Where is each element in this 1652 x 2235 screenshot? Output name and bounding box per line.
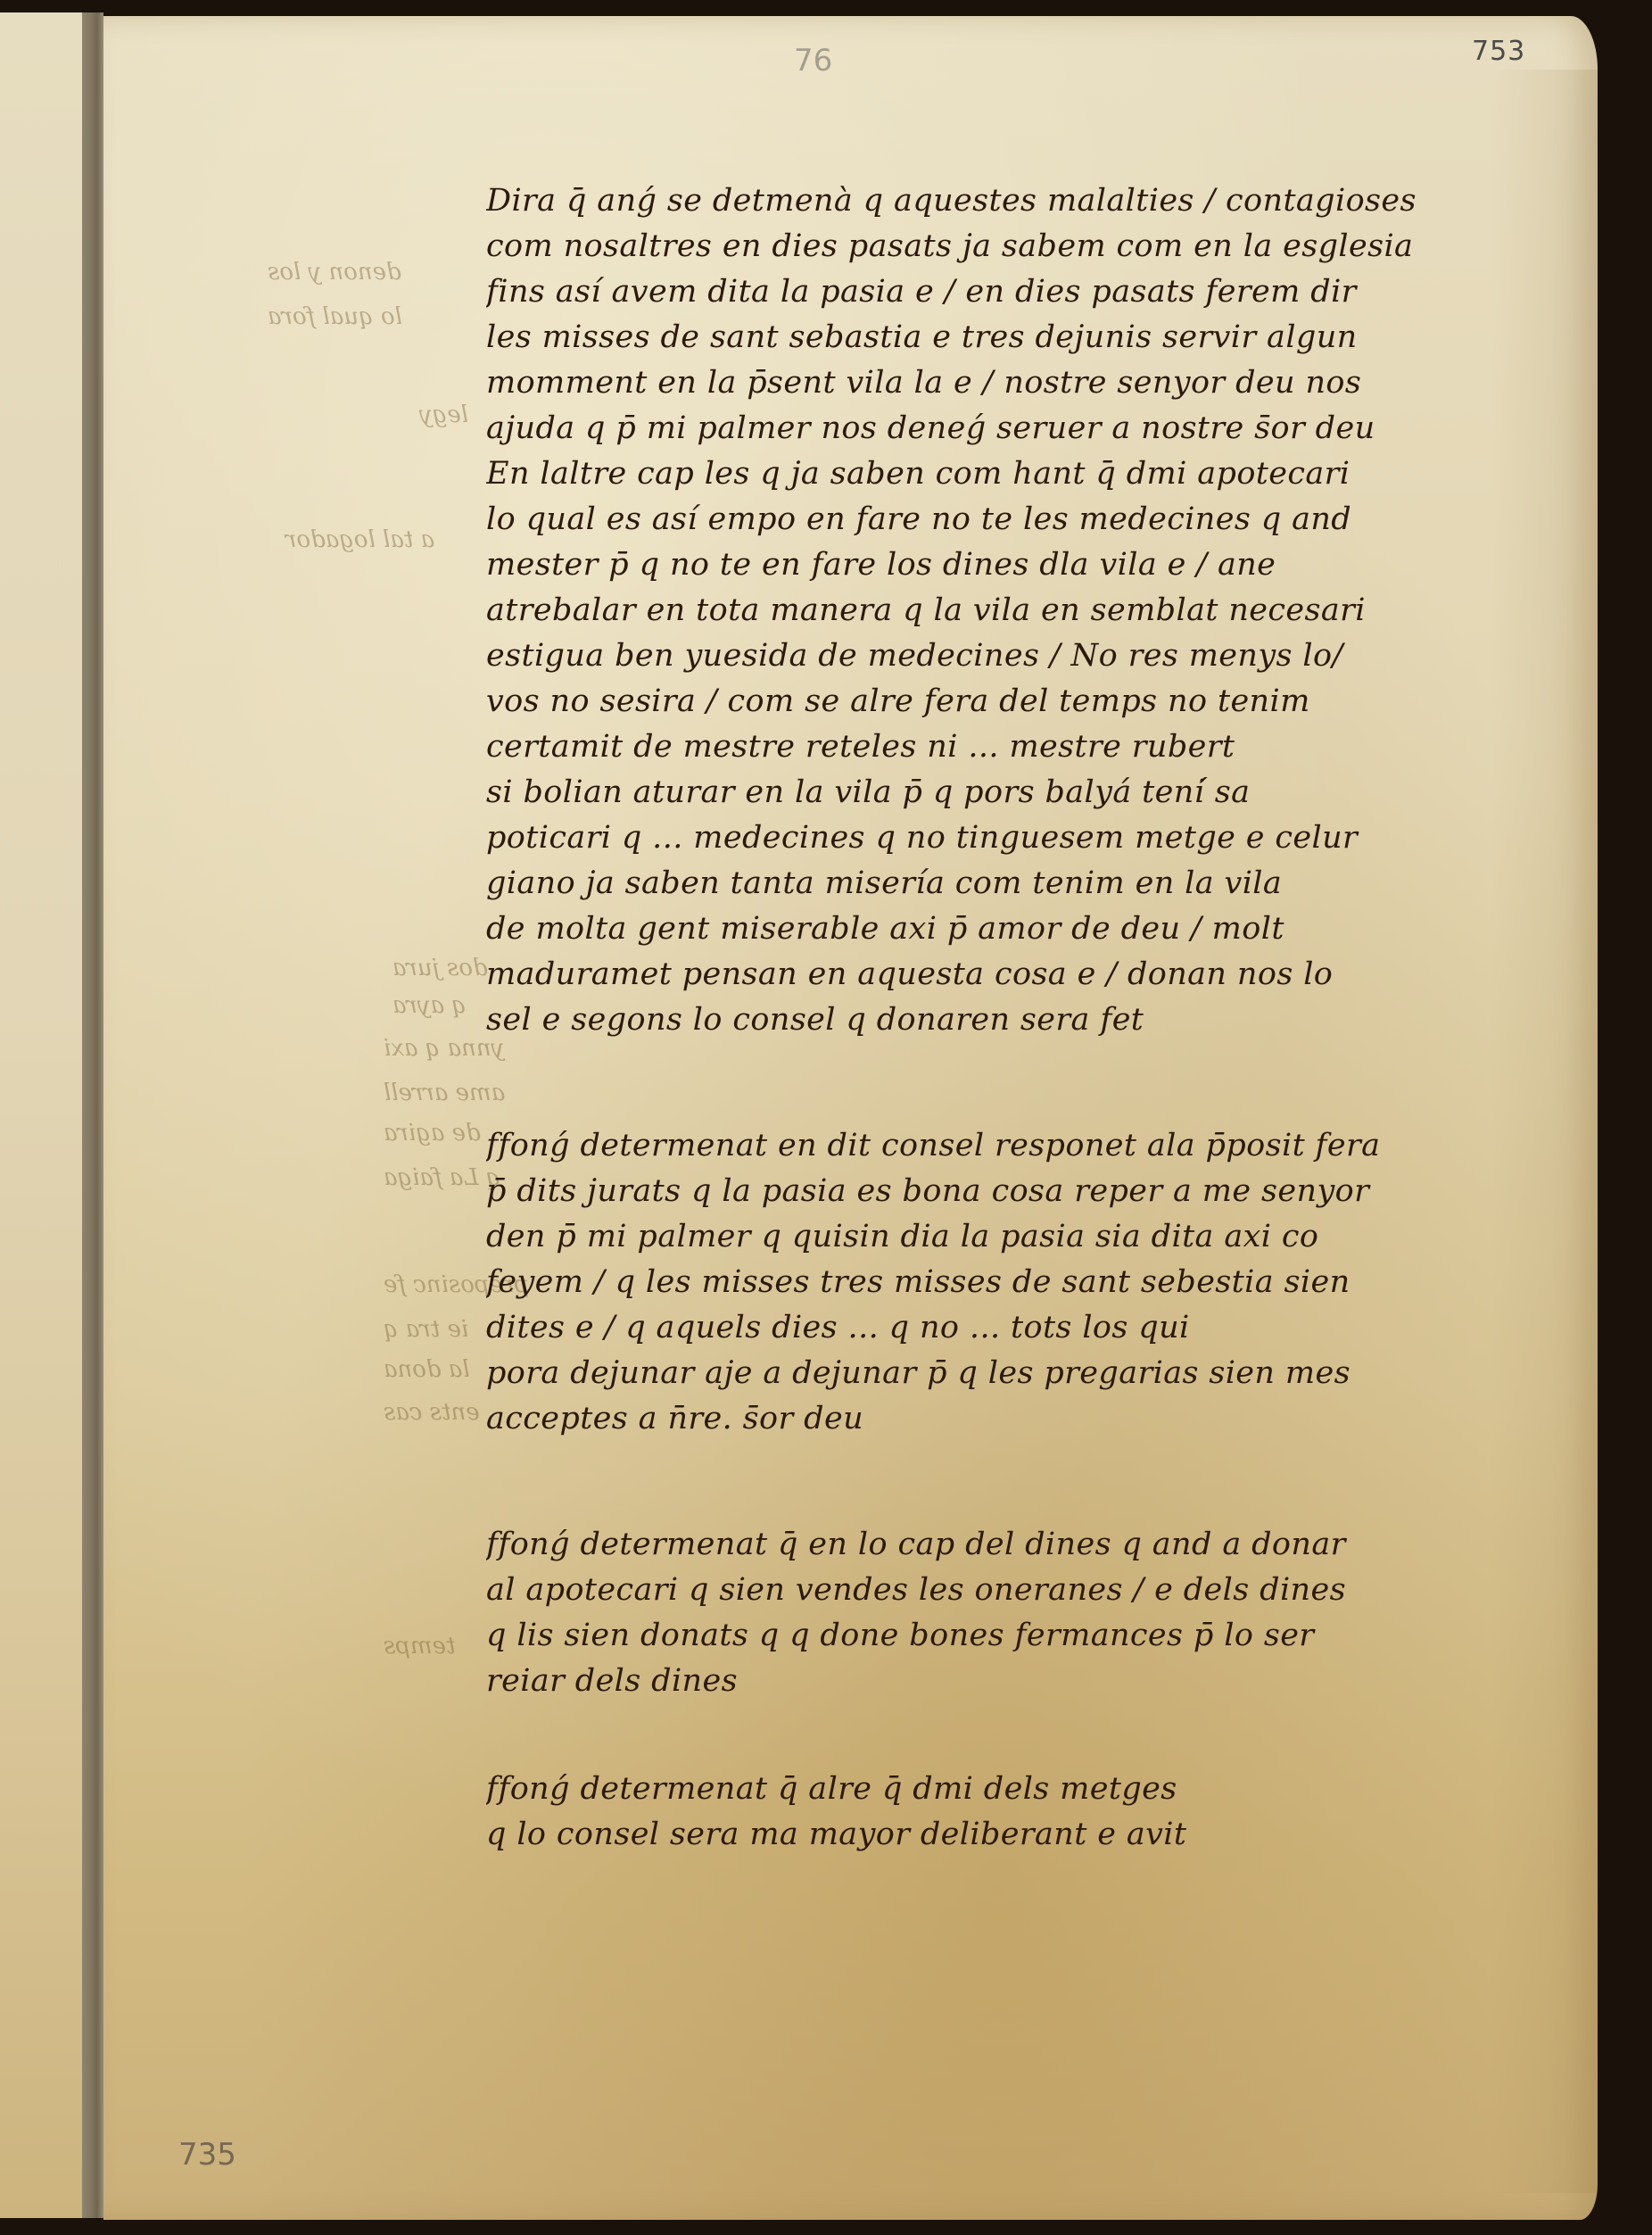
text-line: ajuda q p̄ mi palmer nos deneǵ seruer a … bbox=[486, 406, 1534, 451]
bleed-through-text: lo qual fora bbox=[268, 303, 402, 330]
text-line: com nosaltres en dies pasats ja sabem co… bbox=[486, 224, 1534, 269]
text-line: lo qual es así empo en fare no te les me… bbox=[486, 497, 1534, 542]
text-line: reiar dels dines bbox=[486, 1659, 1534, 1704]
bleed-through-text: a tal logador bbox=[285, 526, 434, 553]
lower-pencil-number: 735 bbox=[178, 2137, 236, 2173]
archive-mark: 76 bbox=[794, 43, 832, 79]
text-line: p̄ dits jurats q la pasia es bona cosa r… bbox=[486, 1169, 1534, 1214]
text-line: certamit de mestre reteles ni ... mestre… bbox=[486, 724, 1534, 770]
text-line: En laltre cap les q ja saben com hant q̄… bbox=[486, 451, 1534, 497]
bleed-through-text: denon y los bbox=[268, 259, 401, 286]
bleed-through-text: la dona bbox=[384, 1356, 470, 1383]
bleed-through-text: q La faiga bbox=[384, 1164, 501, 1191]
text-line: poticari q ... medecines q no tinguesem … bbox=[486, 815, 1534, 861]
scan-background: 76 753 735 denon y los lo qual fora legy… bbox=[0, 0, 1652, 2235]
text-line: les misses de sant sebastia e tres dejun… bbox=[486, 315, 1534, 360]
paragraph-spacer bbox=[486, 1704, 1534, 1767]
bleed-through-text: ie tra q bbox=[384, 1316, 468, 1343]
text-line: si bolian aturar en la vila p̄ q pors ba… bbox=[486, 770, 1534, 815]
bleed-through-text: ents cas bbox=[384, 1399, 480, 1426]
text-line: Dira q̄ anǵ se detmenà q aquestes malalt… bbox=[486, 178, 1534, 224]
paragraph-1: Dira q̄ anǵ se detmenà q aquestes malalt… bbox=[486, 178, 1534, 1043]
paragraph-3: ffonǵ determenat q̄ en lo cap del dines … bbox=[486, 1522, 1534, 1704]
text-line: ffonǵ determenat q̄ en lo cap del dines … bbox=[486, 1522, 1534, 1568]
text-line: ffonǵ determenat en dit consel responet … bbox=[486, 1123, 1534, 1169]
bleed-through-text: q ayra bbox=[392, 992, 467, 1019]
previous-page-edge bbox=[0, 12, 82, 2218]
binding-gutter bbox=[82, 12, 103, 2218]
paragraph-2: ffonǵ determenat en dit consel responet … bbox=[486, 1123, 1534, 1442]
text-line: giano ja saben tanta misería com tenim e… bbox=[486, 861, 1534, 906]
paragraph-spacer bbox=[486, 1442, 1534, 1522]
bleed-through-text: temps bbox=[384, 1633, 455, 1660]
paragraph-4: ffonǵ determenat q̄ alre q̄ dmi dels met… bbox=[486, 1767, 1534, 1858]
text-line: al apotecari q sien vendes les oneranes … bbox=[486, 1568, 1534, 1613]
bleed-through-text: dos jura bbox=[392, 955, 488, 981]
text-line: ffonǵ determenat q̄ alre q̄ dmi dels met… bbox=[486, 1767, 1534, 1812]
text-line: pora dejunar aje a dejunar p̄ q les preg… bbox=[486, 1351, 1534, 1396]
text-line: q lis sien donats q q done bones fermanc… bbox=[486, 1613, 1534, 1659]
folio-number: 753 bbox=[1472, 36, 1525, 67]
text-line: feyem / q les misses tres misses de sant… bbox=[486, 1260, 1534, 1305]
text-line: vos no sesira / com se alre fera del tem… bbox=[486, 679, 1534, 724]
manuscript-text: Dira q̄ anǵ se detmenà q aquestes malalt… bbox=[486, 178, 1534, 1858]
text-line: mester p̄ q no te en fare los dines dla … bbox=[486, 542, 1534, 588]
text-line: momment en la p̄sent vila la e / nostre … bbox=[486, 360, 1534, 406]
paragraph-spacer bbox=[486, 1043, 1534, 1123]
text-line: de molta gent miserable axi p̄ amor de d… bbox=[486, 906, 1534, 952]
text-line: q lo consel sera ma mayor deliberant e a… bbox=[486, 1812, 1534, 1858]
text-line: den p̄ mi palmer q quisin dia la pasia s… bbox=[486, 1214, 1534, 1260]
text-line: atrebalar en tota manera q la vila en se… bbox=[486, 588, 1534, 633]
text-line: dites e / q aquels dies ... q no ... tot… bbox=[486, 1305, 1534, 1351]
bleed-through-text: de agira bbox=[384, 1120, 481, 1146]
text-line: sel e segons lo consel q donaren sera fe… bbox=[486, 997, 1534, 1043]
text-line: acceptes a n̄re. s̄or deu bbox=[486, 1396, 1534, 1442]
bleed-through-text: legy bbox=[419, 401, 468, 428]
text-line: fins así avem dita la pasia e / en dies … bbox=[486, 269, 1534, 315]
text-line: maduramet pensan en aquesta cosa e / don… bbox=[486, 952, 1534, 997]
text-line: estigua ben yuesida de medecines / No re… bbox=[486, 633, 1534, 679]
